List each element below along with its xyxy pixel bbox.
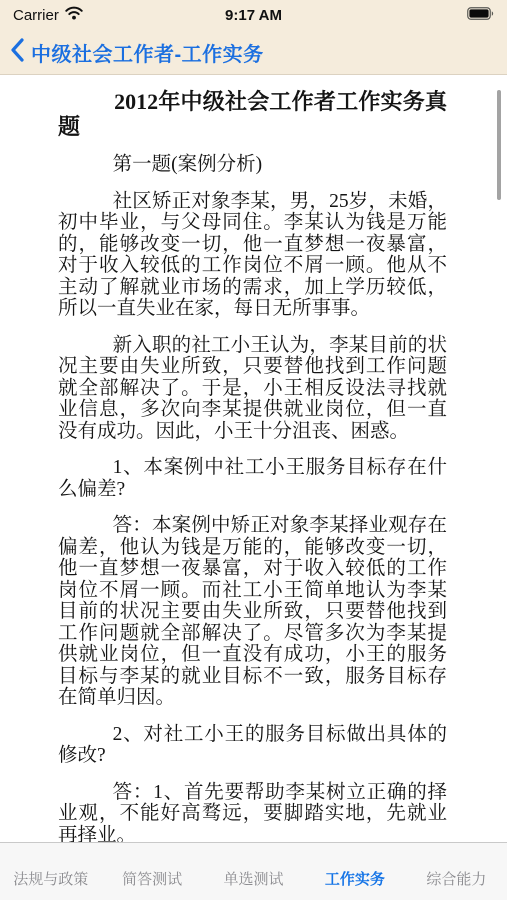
carrier-label: Carrier (13, 7, 59, 24)
navigation-bar: 中级社会工作者-工作实务 (0, 30, 507, 75)
tab-item-0[interactable]: 法规与政策 (0, 843, 101, 900)
app-screen: Carrier 9:17 AM (0, 0, 507, 900)
status-left: Carrier (13, 6, 83, 24)
tab-item-4[interactable]: 综合能力 (406, 843, 507, 900)
wifi-icon (65, 6, 83, 24)
status-right (467, 7, 494, 24)
tab-bar: 法规与政策简答测试单选测试工作实务综合能力 (0, 842, 507, 900)
document-paragraph: 答：本案例中矫正对象李某择业观存在偏差，他认为钱是万能的，能够改变一切，他一直梦… (58, 515, 447, 709)
document-paragraph: 答：1、首先要帮助李某树立正确的择业观，不能好高骛远，要脚踏实地，先就业再择业。 (58, 782, 447, 843)
back-chevron-icon (10, 38, 24, 67)
tab-item-1[interactable]: 简答测试 (101, 843, 202, 900)
document-paragraph: 新入职的社工小王认为，李某目前的状况主要由失业所致，只要替他找到工作问题就全部解… (58, 335, 447, 443)
document-title: 2012年中级社会工作者工作实务真题 (58, 89, 447, 139)
document-paragraph: 2、对社工小王的服务目标做出具体的修改? (58, 724, 447, 767)
document-paragraph: 1、本案例中社工小王服务目标存在什么偏差? (58, 457, 447, 500)
document-paragraphs: 第一题(案例分析)社区矫正对象李某，男，25岁，未婚，初中毕业，与父母同住。李某… (58, 154, 447, 842)
document-page: 2012年中级社会工作者工作实务真题 第一题(案例分析)社区矫正对象李某，男，2… (0, 75, 507, 842)
tab-item-3[interactable]: 工作实务 (304, 843, 405, 900)
status-bar: Carrier 9:17 AM (0, 0, 507, 30)
tab-item-2[interactable]: 单选测试 (203, 843, 304, 900)
document-paragraph: 社区矫正对象李某，男，25岁，未婚，初中毕业，与父母同住。李某认为钱是万能的，能… (58, 191, 447, 320)
back-button-label: 中级社会工作者-工作实务 (31, 38, 264, 67)
document-view[interactable]: 2012年中级社会工作者工作实务真题 第一题(案例分析)社区矫正对象李某，男，2… (0, 75, 507, 842)
scrollbar-thumb[interactable] (497, 90, 501, 200)
document-paragraph: 第一题(案例分析) (58, 154, 447, 176)
back-button[interactable]: 中级社会工作者-工作实务 (10, 38, 264, 67)
battery-icon (467, 7, 494, 24)
